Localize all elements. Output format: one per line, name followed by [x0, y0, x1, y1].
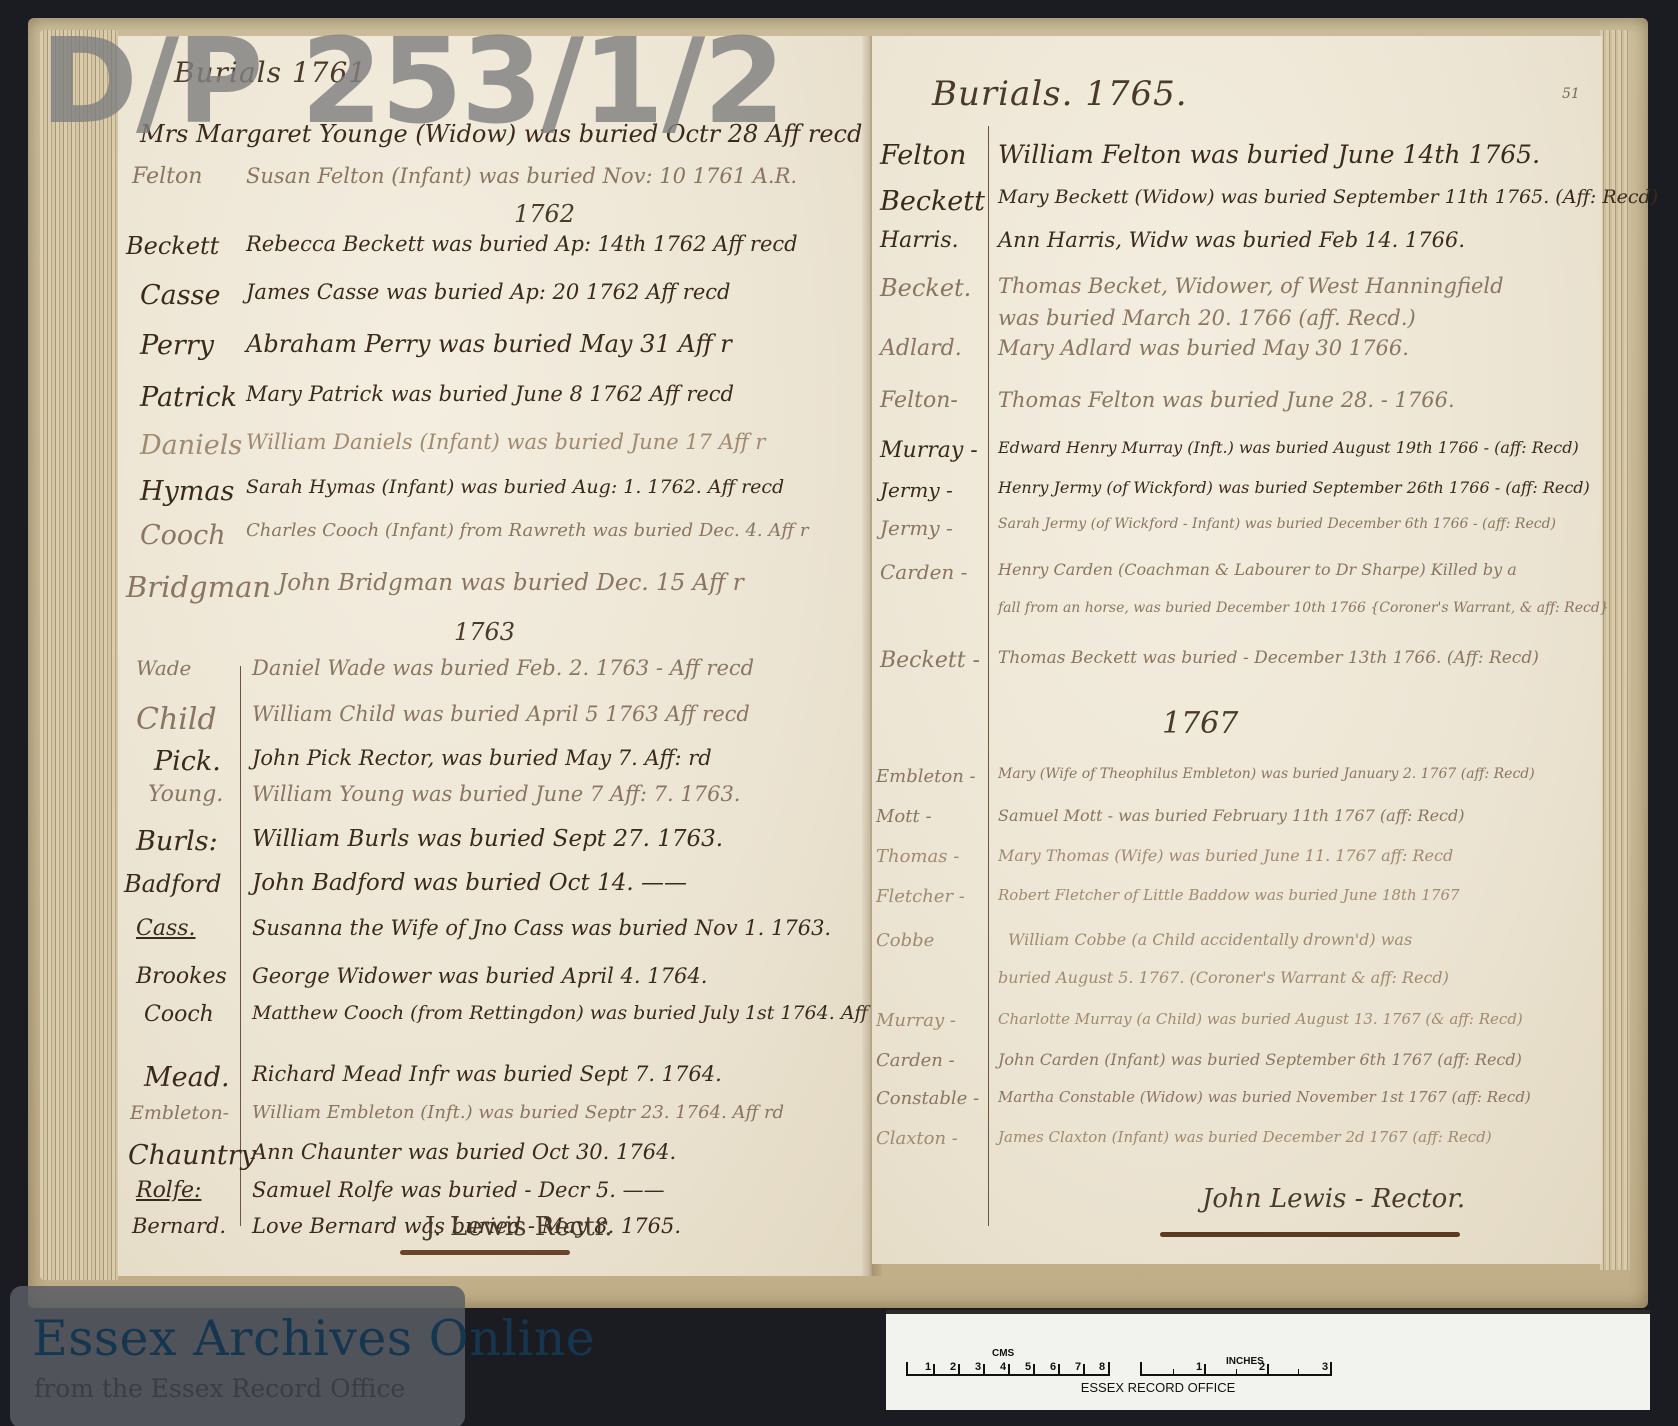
entry-text: Matthew Cooch (from Rettingdon) was buri… [252, 1002, 895, 1024]
entry-surname: Cass. [136, 916, 196, 941]
register-entry: Felton Susan Felton (Infant) was buried … [118, 164, 870, 202]
entry-surname: Constable - [876, 1088, 979, 1109]
register-entry: Felton William Felton was buried June 14… [872, 140, 1602, 178]
year-heading: 1762 [514, 200, 575, 228]
entry-surname: Child [136, 702, 217, 737]
entry-surname: Claxton - [876, 1128, 958, 1149]
inch-tick-label: 1 [1196, 1361, 1202, 1373]
right-page: Burials. 1765. 51 Felton William Felton … [872, 36, 1602, 1264]
entry-surname: Murray - [880, 438, 978, 463]
entry-surname: Casse [140, 280, 220, 311]
entry-text: Robert Fletcher of Little Baddow was bur… [998, 886, 1460, 904]
entry-text: William Embleton (Inft.) was buried Sept… [252, 1102, 784, 1123]
entry-surname: Bridgman [126, 570, 271, 604]
register-entry: Casse James Casse was buried Ap: 20 1762… [118, 280, 870, 318]
entry-surname: Cooch [144, 1002, 214, 1027]
entry-surname: Cobbe [876, 930, 934, 951]
register-entry: Murray - Charlotte Murray (a Child) was … [872, 1010, 1602, 1048]
register-entry: buried August 5. 1767. (Coroner's Warran… [872, 968, 1602, 1006]
entry-text: Mary Beckett (Widow) was buried Septembe… [998, 186, 1658, 208]
entry-text: Sarah Hymas (Infant) was buried Aug: 1. … [246, 476, 784, 498]
register-entry: Thomas - Mary Thomas (Wife) was buried J… [872, 846, 1602, 884]
register-entry: Embleton- William Embleton (Inft.) was b… [118, 1102, 870, 1140]
register-entry: Cooch Charles Cooch (Infant) from Rawret… [118, 520, 870, 558]
entry-text: fall from an horse, was buried December … [998, 600, 1609, 616]
entry-text: Samuel Rolfe was buried - Decr 5. —— [252, 1178, 665, 1202]
register-entry: Murray - Edward Henry Murray (Inft.) was… [872, 438, 1602, 476]
entry-text: George Widower was buried April 4. 1764. [252, 964, 707, 988]
entry-surname: Young. [148, 782, 223, 807]
entry-surname: Daniels [140, 430, 242, 461]
document-reference-watermark: D/P 253/1/2 [40, 22, 783, 140]
entry-text: Edward Henry Murray (Inft.) was buried A… [998, 438, 1579, 457]
entry-text: John Carden (Infant) was buried Septembe… [998, 1050, 1522, 1069]
register-entry: Constable - Martha Constable (Widow) was… [872, 1088, 1602, 1126]
entry-surname: Mead. [144, 1062, 230, 1093]
entry-text: Mary Patrick was buried June 8 1762 Aff … [246, 382, 734, 406]
cm-tick-label: 6 [1050, 1361, 1056, 1373]
entry-text: Ann Chaunter was buried Oct 30. 1764. [252, 1140, 676, 1164]
register-entry: Jermy - Sarah Jermy (of Wickford - Infan… [872, 516, 1602, 554]
entry-text: Rebecca Beckett was buried Ap: 14th 1762… [246, 232, 798, 256]
entry-surname: Thomas - [876, 846, 959, 867]
entry-text: Charlotte Murray (a Child) was buried Au… [998, 1010, 1523, 1028]
signature-flourish [400, 1250, 570, 1255]
entry-surname: Embleton - [876, 766, 976, 787]
cm-tick-label: 2 [950, 1361, 956, 1373]
entry-surname: Jermy - [880, 478, 953, 502]
register-entry: Young. William Young was buried June 7 A… [118, 782, 870, 820]
page-edges-right [1600, 30, 1630, 1270]
entry-surname: Burls: [136, 826, 218, 857]
register-entry: Child William Child was buried April 5 1… [118, 702, 870, 740]
cm-tick-label: 7 [1075, 1361, 1081, 1373]
entry-text: Richard Mead Infr was buried Sept 7. 176… [252, 1062, 722, 1086]
entry-surname: Fletcher - [876, 886, 965, 907]
entry-surname: Bernard. [132, 1214, 226, 1238]
entry-text: was buried March 20. 1766 (aff. Recd.) [998, 306, 1416, 330]
register-entry: Bridgman John Bridgman was buried Dec. 1… [118, 570, 870, 608]
entry-surname: Embleton- [130, 1102, 229, 1124]
entry-surname: Beckett [126, 232, 219, 260]
entry-text: Henry Carden (Coachman & Labourer to Dr … [998, 560, 1517, 579]
entry-text: Mary Thomas (Wife) was buried June 11. 1… [998, 846, 1453, 865]
entry-text: Thomas Becket, Widower, of West Hanningf… [998, 274, 1504, 298]
entry-text: Mary (Wife of Theophilus Embleton) was b… [998, 766, 1535, 782]
entry-text: Henry Jermy (of Wickford) was buried Sep… [998, 478, 1590, 497]
entry-surname: Mott - [876, 806, 932, 827]
entry-surname: Cooch [140, 520, 226, 551]
cm-unit-label: CMS [992, 1348, 1014, 1359]
register-entry: Cooch Matthew Cooch (from Rettingdon) wa… [118, 1002, 870, 1040]
scale-ruler: 1 2 3 4 5 6 7 8 CMS 1 2 3 INCHES ESSEX R… [886, 1310, 1650, 1410]
entry-text: Mary Adlard was buried May 30 1766. [998, 336, 1409, 360]
entry-text: William Daniels (Infant) was buried June… [246, 430, 765, 454]
rector-signature: J. Lewis Rectr. [425, 1212, 613, 1242]
register-entry: Cobbe William Cobbe (a Child accidentall… [872, 930, 1602, 968]
year-heading: 1767 [1162, 706, 1238, 741]
register-entry: Embleton - Mary (Wife of Theophilus Embl… [872, 766, 1602, 804]
entry-text: Sarah Jermy (of Wickford - Infant) was b… [998, 516, 1556, 532]
entry-text: William Felton was buried June 14th 1765… [998, 140, 1540, 169]
entry-text: John Bridgman was buried Dec. 15 Aff r [278, 570, 744, 596]
entry-text: John Pick Rector, was buried May 7. Aff:… [252, 746, 712, 770]
register-entry: Carden - Henry Carden (Coachman & Labour… [872, 560, 1602, 598]
left-page: Burials 1761 Mrs Margaret Younge (Widow)… [118, 36, 872, 1276]
register-entry: Rolfe: Samuel Rolfe was buried - Decr 5.… [118, 1178, 870, 1216]
entry-text: Thomas Beckett was buried - December 13t… [998, 648, 1539, 668]
register-entry: Hymas Sarah Hymas (Infant) was buried Au… [118, 476, 870, 514]
register-entry: Carden - John Carden (Infant) was buried… [872, 1050, 1602, 1088]
register-entry: Chauntry Ann Chaunter was buried Oct 30.… [118, 1140, 870, 1178]
entry-surname: Beckett [880, 186, 985, 217]
entry-surname: Perry [140, 330, 214, 361]
entry-surname: Beckett - [880, 648, 980, 673]
archive-banner-title: Essex Archives Online [32, 1310, 595, 1367]
cm-tick-label: 1 [925, 1361, 931, 1373]
entry-surname: Rolfe: [136, 1178, 201, 1203]
entry-text: James Claxton (Infant) was buried Decemb… [998, 1128, 1492, 1146]
entry-text: William Cobbe (a Child accidentally drow… [1008, 930, 1412, 949]
register-entry: Pick. John Pick Rector, was buried May 7… [118, 746, 870, 784]
register-entry: Harris. Ann Harris, Widw was buried Feb … [872, 228, 1602, 266]
entry-text: William Burls was buried Sept 27. 1763. [252, 826, 723, 852]
register-entry: Patrick Mary Patrick was buried June 8 1… [118, 382, 870, 420]
archive-banner: Essex Archives Online from the Essex Rec… [10, 1286, 465, 1426]
register-entry: Daniels William Daniels (Infant) was bur… [118, 430, 870, 468]
entry-surname: Harris. [880, 228, 959, 253]
entry-text: James Casse was buried Ap: 20 1762 Aff r… [246, 280, 730, 304]
entry-text: Susanna the Wife of Jno Cass was buried … [252, 916, 831, 940]
register-entry: Wade Daniel Wade was buried Feb. 2. 1763… [118, 656, 870, 694]
entry-surname: Murray - [876, 1010, 956, 1031]
entry-surname: Wade [136, 656, 191, 680]
entry-surname: Chauntry [128, 1140, 256, 1171]
entry-surname: Pick. [154, 746, 221, 777]
entry-surname: Felton- [880, 388, 958, 413]
register-entry: Beckett Mary Beckett (Widow) was buried … [872, 186, 1602, 224]
register-entry: fall from an horse, was buried December … [872, 600, 1602, 638]
archive-banner-subtitle: from the Essex Record Office [34, 1374, 405, 1403]
cm-tick-label: 8 [1099, 1361, 1105, 1373]
entry-text: Charles Cooch (Infant) from Rawreth was … [246, 520, 808, 541]
entry-surname: Jermy - [880, 516, 953, 540]
page-edges-left [40, 30, 118, 1280]
register-entry: Fletcher - Robert Fletcher of Little Bad… [872, 886, 1602, 924]
ruler-office-label: ESSEX RECORD OFFICE [666, 1380, 1650, 1395]
cm-tick-label: 4 [1000, 1361, 1006, 1373]
entry-text: William Young was buried June 7 Aff: 7. … [252, 782, 741, 806]
entry-surname: Carden - [880, 560, 967, 584]
entry-text: Thomas Felton was buried June 28. - 1766… [998, 388, 1455, 412]
entry-text: Susan Felton (Infant) was buried Nov: 10… [246, 164, 797, 188]
inch-tick-label: 3 [1322, 1361, 1328, 1373]
entry-surname: Adlard. [880, 336, 962, 361]
entry-text: Abraham Perry was buried May 31 Aff r [246, 330, 732, 358]
cm-tick-label: 3 [975, 1361, 981, 1373]
register-entry: Claxton - James Claxton (Infant) was bur… [872, 1128, 1602, 1166]
register-entry: Beckett - Thomas Beckett was buried - De… [872, 648, 1602, 686]
cm-tick-label: 5 [1025, 1361, 1031, 1373]
register-entry: Adlard. Mary Adlard was buried May 30 17… [872, 336, 1602, 374]
register-entry: Badford John Badford was buried Oct 14. … [118, 870, 870, 908]
entry-surname: Felton [132, 164, 202, 189]
year-heading: 1763 [454, 618, 515, 646]
entry-text: Samuel Mott - was buried February 11th 1… [998, 806, 1464, 825]
register-entry: Felton- Thomas Felton was buried June 28… [872, 388, 1602, 426]
register-entry: Cass. Susanna the Wife of Jno Cass was b… [118, 916, 870, 954]
entry-text: John Badford was buried Oct 14. —— [252, 870, 687, 896]
entry-text: Martha Constable (Widow) was buried Nove… [998, 1088, 1531, 1106]
entry-surname: Brookes [136, 964, 227, 989]
signature-flourish [1160, 1232, 1460, 1237]
entry-text: Daniel Wade was buried Feb. 2. 1763 - Af… [252, 656, 754, 680]
register-entry: Perry Abraham Perry was buried May 31 Af… [118, 330, 870, 368]
page-heading: Burials. 1765. [932, 74, 1188, 114]
entry-surname: Hymas [140, 476, 234, 507]
register-entry: Beckett Rebecca Beckett was buried Ap: 1… [118, 232, 870, 270]
page-number: 51 [1562, 86, 1580, 102]
register-entry: Mott - Samuel Mott - was buried February… [872, 806, 1602, 844]
entry-surname: Badford [124, 870, 221, 898]
register-entry: Brookes George Widower was buried April … [118, 964, 870, 1002]
cm-scale: 1 2 3 4 5 6 7 8 [906, 1362, 1110, 1376]
entry-text: Ann Harris, Widw was buried Feb 14. 1766… [998, 228, 1465, 252]
entry-surname: Patrick [140, 382, 237, 413]
register-entry: Mead. Richard Mead Infr was buried Sept … [118, 1062, 870, 1100]
entry-surname: Carden - [876, 1050, 955, 1071]
rector-signature: John Lewis - Rector. [1202, 1184, 1465, 1214]
register-entry: Burls: William Burls was buried Sept 27.… [118, 826, 870, 864]
entry-text: buried August 5. 1767. (Coroner's Warran… [998, 968, 1449, 987]
entry-text: William Child was buried April 5 1763 Af… [252, 702, 750, 726]
inch-unit-label: INCHES [1226, 1356, 1264, 1367]
entry-surname: Felton [880, 140, 966, 171]
entry-surname: Becket. [880, 274, 971, 302]
register-entry: Jermy - Henry Jermy (of Wickford) was bu… [872, 478, 1602, 516]
